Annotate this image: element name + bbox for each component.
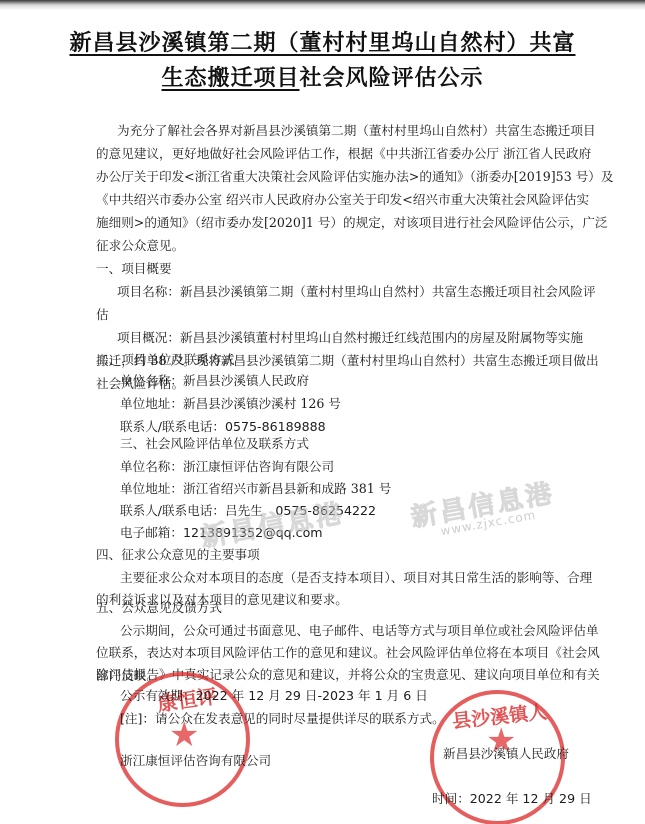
note: [注]：请公众在发表意见的同时尽量提供详尽的联系方式。: [120, 711, 445, 727]
title-line2-rest: 社会风险评估公示: [300, 65, 484, 91]
section1-heading: 一、项目概要: [96, 261, 172, 277]
project-unit-name: 单位名称：新昌县沙溪镇人民政府: [120, 373, 309, 389]
section5-line: 位联系，表达对本项目风险评估工作的意见和建议。社会风险评估单位将在本项目《社会风: [96, 645, 600, 661]
document-title-line1: 新昌县沙溪镇第二期（董村村里坞山自然村）共富: [0, 26, 645, 57]
section4-line: 主要征求公众对本项目的态度（是否支持本项目）、项目对其日常生活的影响等、合理: [120, 570, 592, 586]
validity-period: 公示有效期：2022 年 12 月 29 日-2023 年 1 月 6 日: [120, 688, 428, 704]
section5-line: 公示期间，公众可通过书面意见、电子邮件、电话等方式与项目单位或社会风险评估单: [120, 623, 599, 639]
project-unit-address: 单位地址：新昌县沙溪镇沙溪村 126 号: [120, 396, 341, 412]
section5-line: 部门反映。: [96, 668, 159, 684]
project-unit-contact: 联系人/联系电话：0575-86189888: [120, 419, 326, 435]
title-line1-text: 新昌县沙溪镇第二期（董村村里坞山自然村）共富: [69, 30, 575, 56]
section3-heading: 三、社会风险评估单位及联系方式: [120, 436, 309, 452]
assessor-unit-name: 单位名称：浙江康恒评估咨询有限公司: [120, 459, 334, 475]
signatory-government: 新昌县沙溪镇人民政府: [443, 746, 569, 762]
intro-line: 施细则>的通知》（绍市委办发[2020]1 号）的规定，对该项目进行社会风险评估…: [96, 215, 608, 231]
intro-line: 《中共绍兴市委办公室 绍兴市人民政府办公室关于印发<绍兴市重大决策社会风险评估实: [96, 192, 589, 208]
signature-date: 时间：2022 年 12 月 29 日: [432, 791, 592, 807]
section2-heading: 二、项目单位及联系方式: [96, 352, 235, 368]
project-name-line: 项目名称：新昌县沙溪镇第二期（董村村里坞山自然村）共富生态搬迁项目社会风险评: [117, 284, 596, 300]
intro-line: 办公厅关于印发<浙江省重大决策社会风险评估实施办法>的通知》（浙委办[2019]…: [96, 169, 614, 185]
title-line2-underlined: 生态搬迁项目: [161, 65, 299, 91]
document-title-line2: 生态搬迁项目社会风险评估公示: [0, 61, 645, 92]
section5-heading: 五、公众意见反馈方式: [96, 600, 222, 616]
intro-line: 的意见建议，更好地做好社会风险评估工作，根据《中共浙江省委办公厅 浙江省人民政府: [96, 146, 591, 162]
intro-line: 为充分了解社会各界对新昌县沙溪镇第二期（董村村里坞山自然村）共富生态搬迁项目: [117, 123, 596, 139]
intro-line: 征求公众意见。: [96, 238, 184, 254]
signatory-assessor: 浙江康恒评估咨询有限公司: [120, 753, 271, 769]
section5-line: 险评估报告》中真实记录公众的意见和建议，并将公众的宝贵意见、建议向项目单位和有关: [96, 667, 600, 683]
project-overview-line: 项目概况：新昌县沙溪镇董村村里坞山自然村搬迁红线范围内的房屋及附属物等实施: [117, 330, 583, 346]
assessor-unit-address: 单位地址：浙江省绍兴市新昌县新和成路 381 号: [120, 481, 391, 497]
project-name-line: 估: [96, 307, 109, 323]
watermark-logo: 新昌信息港: [198, 493, 347, 555]
section4-heading: 四、征求公众意见的主要事项: [96, 547, 260, 563]
